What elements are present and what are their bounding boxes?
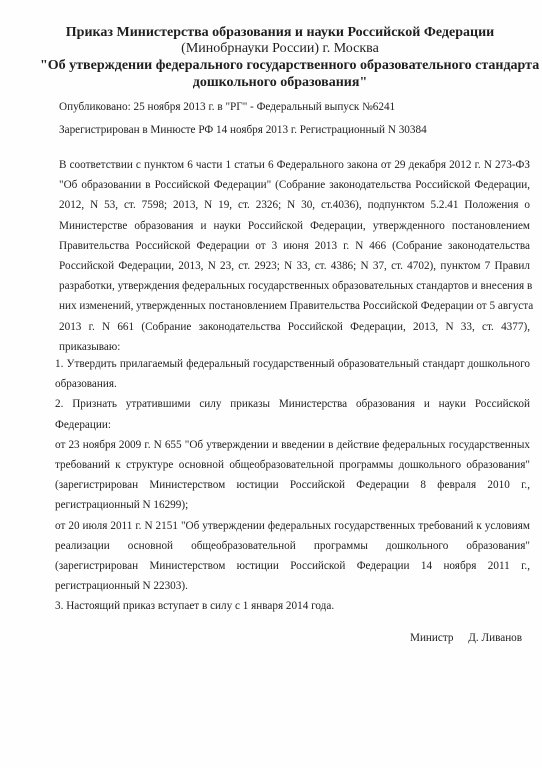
preamble-line: В соответствии с пунктом 6 части 1 стать… [59,155,530,175]
preamble-line: Российской Федерации, 2013, N 23, ст. 29… [59,256,530,276]
orders-section: 1. Утвердить прилагаемый федеральный гос… [55,354,530,617]
order-line: 2. Признать утратившими силу приказы Мин… [55,394,530,414]
order-line: от 20 июля 2011 г. N 2151 "Об утверждени… [55,516,530,536]
published-info: Опубликовано: 25 ноября 2013 г. в "РГ" -… [59,100,395,114]
title-line-1: Приказ Министерства образования и науки … [40,24,520,41]
preamble-paragraph: В соответствии с пунктом 6 части 1 стать… [59,155,530,357]
signature-position: Министр [410,632,454,644]
title-line-4: дошкольного образования" [40,74,520,91]
order-line: от 23 ноября 2009 г. N 655 "Об утвержден… [55,435,530,455]
order-line: 1. Утвердить прилагаемый федеральный гос… [55,354,530,374]
registration-info: Зарегистрирован в Минюсте РФ 14 ноября 2… [59,123,427,137]
title-line-3: "Об утверждении федерального государстве… [40,57,520,74]
preamble-line: Министерстве образования и науки Российс… [59,216,530,236]
order-line: Федерации: [55,415,530,435]
order-line: (зарегистрирован Министерством юстиции Р… [55,475,530,495]
signature-name: Д. Ливанов [468,632,522,644]
title-line-2: (Минобрнауки России) г. Москва [40,41,520,57]
signature-block: Министр Д. Ливанов [410,632,522,644]
preamble-line: них изменений, утвержденных постановлени… [59,296,530,316]
preamble-line: "Об образовании в Российской Федерации" … [59,175,530,195]
order-line: регистрационный N 16299); [55,495,530,515]
document-title: Приказ Министерства образования и науки … [40,24,520,91]
document-page: Приказ Министерства образования и науки … [0,0,542,768]
order-line: реализации основной общеобразовательной … [55,536,530,556]
order-line: образования. [55,374,530,394]
order-line: регистрационный N 22303). [55,576,530,596]
order-line: требований к структуре основной общеобра… [55,455,530,475]
preamble-line: Правительства Российской Федерации от 3 … [59,236,530,256]
order-line: 3. Настоящий приказ вступает в силу с 1 … [55,596,530,616]
preamble-line: 2012, N 53, ст. 7598; 2013, N 19, ст. 23… [59,195,530,215]
preamble-line: разработки, утверждения федеральных госу… [59,276,530,296]
preamble-line: 2013 г. N 661 (Собрание законодательства… [59,317,530,337]
order-line: (зарегистрирован Министерством юстиции Р… [55,556,530,576]
